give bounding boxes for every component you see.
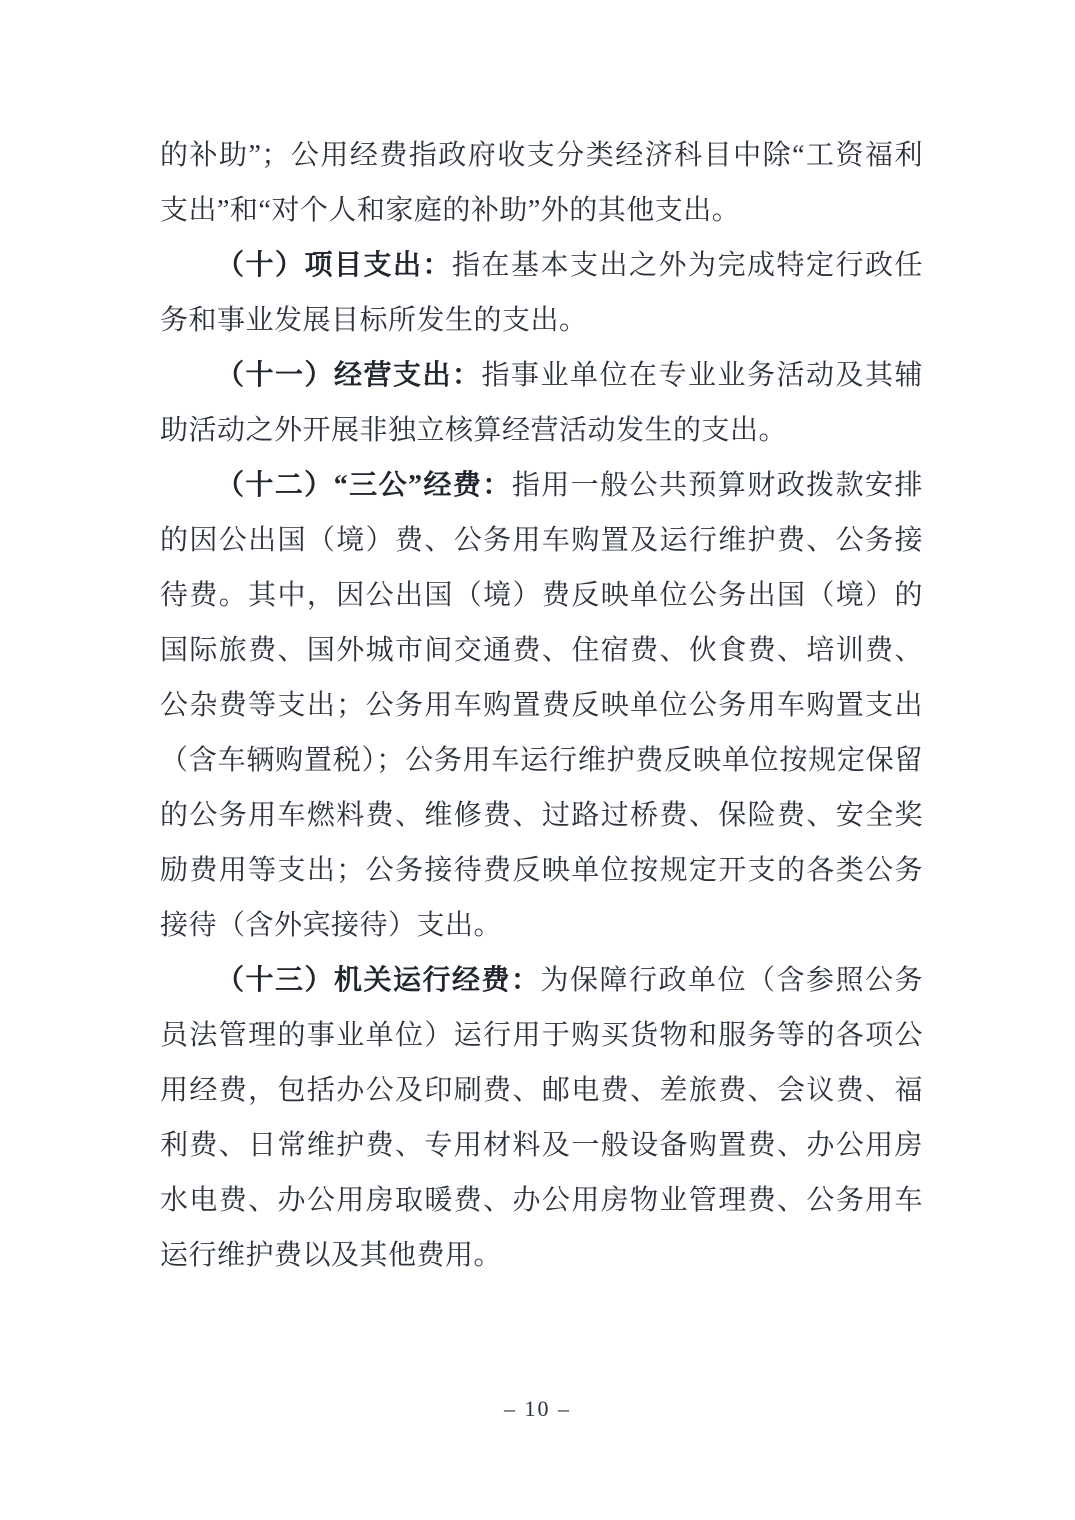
term-label: （十）项目支出： — [216, 250, 452, 281]
paragraph-item-13: （十三）机关运行经费：为保障行政单位（含参照公务员法管理的事业单位）运行用于购买… — [160, 953, 923, 1283]
term-label: （十一）经营支出： — [216, 360, 482, 391]
paragraph-item-12: （十二）“三公”经费：指用一般公共预算财政拨款安排的因公出国（境）费、公务用车购… — [160, 458, 923, 953]
document-page: 的补助”；公用经费指政府收支分类经济科目中除“工资福利支出”和“对个人和家庭的补… — [0, 0, 1075, 1520]
paragraph-continuation: 的补助”；公用经费指政府收支分类经济科目中除“工资福利支出”和“对个人和家庭的补… — [160, 128, 923, 238]
document-body: 的补助”；公用经费指政府收支分类经济科目中除“工资福利支出”和“对个人和家庭的补… — [160, 128, 923, 1283]
term-label: （十二）“三公”经费： — [216, 470, 512, 501]
paragraph-item-11: （十一）经营支出：指事业单位在专业业务活动及其辅助活动之外开展非独立核算经营活动… — [160, 348, 923, 458]
page-number: – 10 – — [0, 1396, 1075, 1422]
paragraph-text: 指用一般公共预算财政拨款安排的因公出国（境）费、公务用车购置及运行维护费、公务接… — [160, 470, 923, 941]
paragraph-item-10: （十）项目支出：指在基本支出之外为完成特定行政任务和事业发展目标所发生的支出。 — [160, 238, 923, 348]
paragraph-text: 为保障行政单位（含参照公务员法管理的事业单位）运行用于购买货物和服务等的各项公用… — [160, 965, 923, 1271]
term-label: （十三）机关运行经费： — [216, 965, 541, 996]
paragraph-text: 的补助”；公用经费指政府收支分类经济科目中除“工资福利支出”和“对个人和家庭的补… — [160, 140, 923, 226]
